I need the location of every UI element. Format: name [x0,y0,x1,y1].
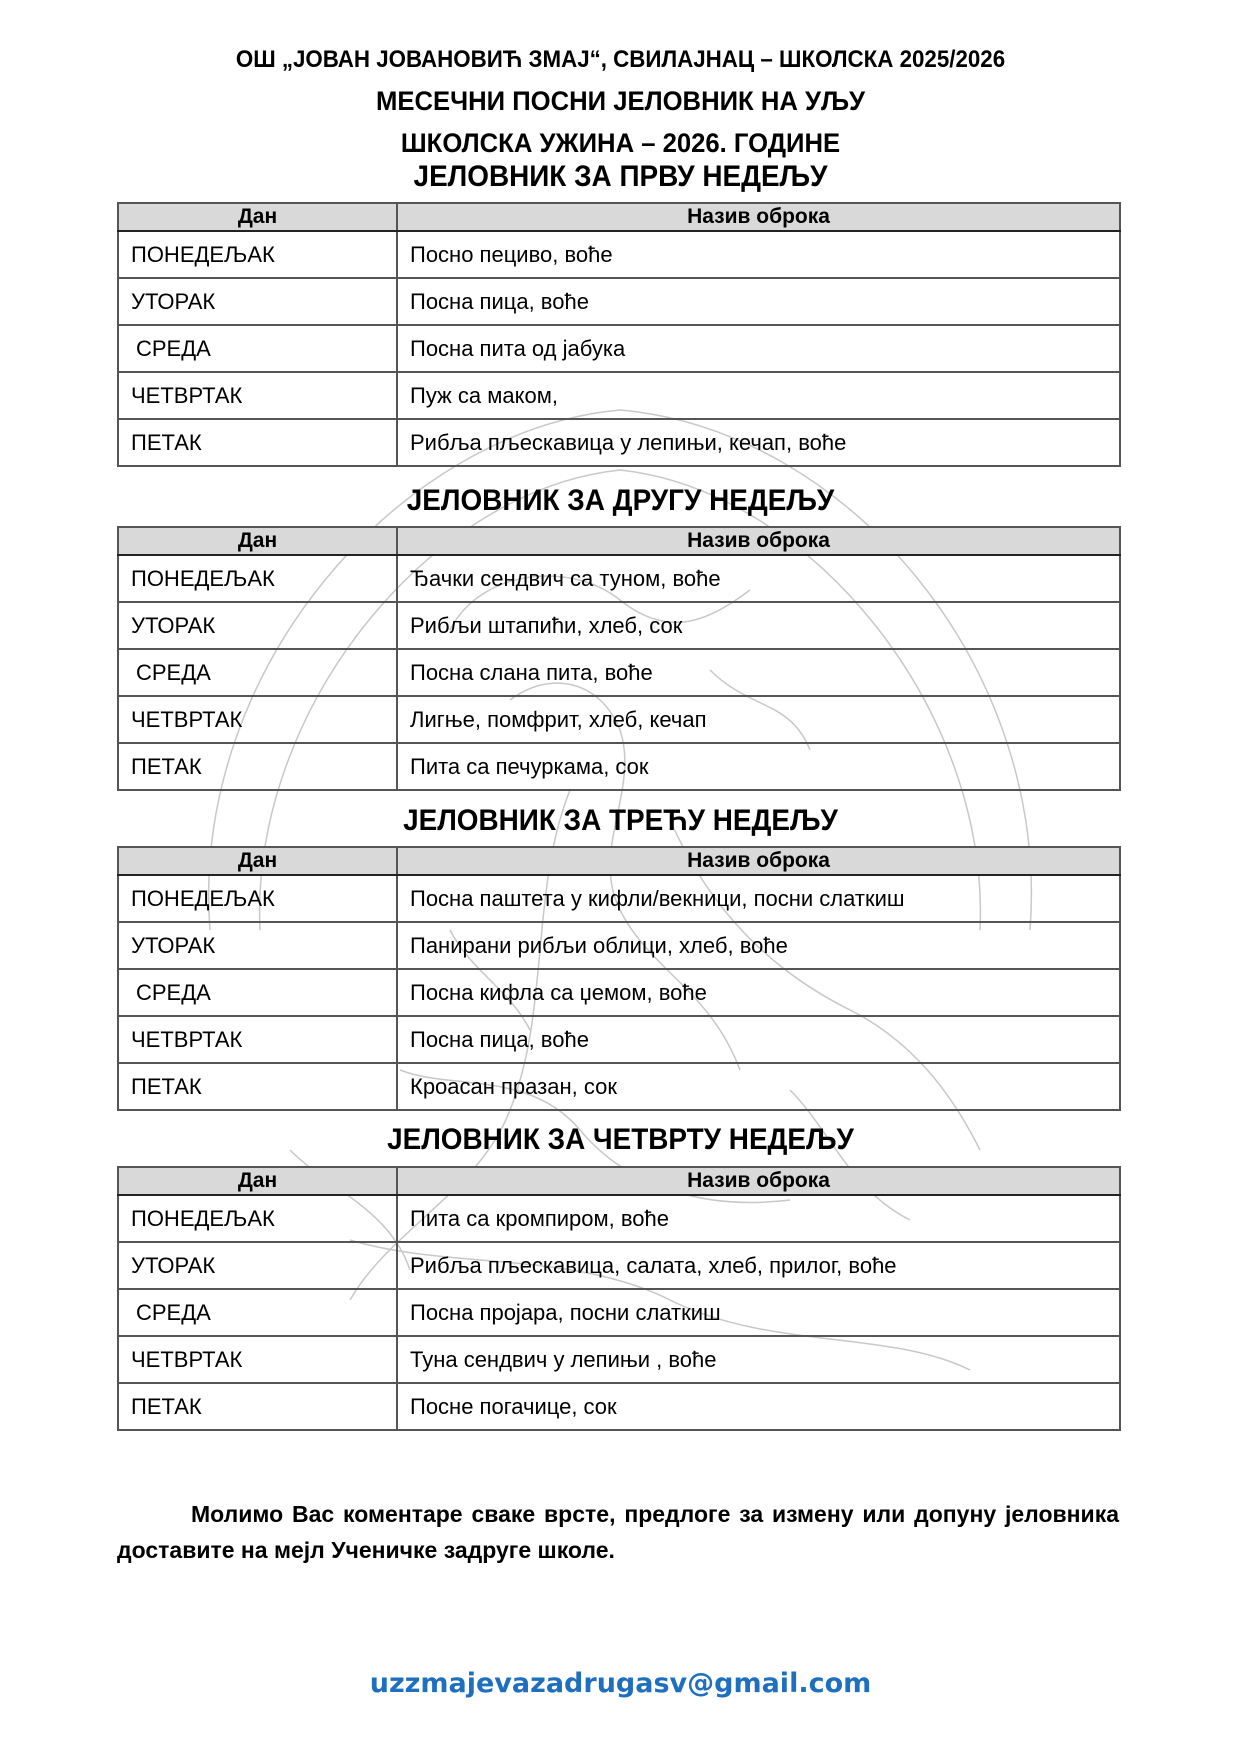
meal-cell: Посно пециво, воће [397,231,1120,278]
week-heading: ЈЕЛОВНИК ЗА ДРУГУ НЕДЕЉУ [43,484,1197,518]
day-cell: ПОНЕДЕЉАК [118,231,397,278]
meal-cell: Туна сендвич у лепињи , воће [397,1336,1120,1383]
table-row: ЧЕТВРТАКТуна сендвич у лепињи , воће [118,1336,1120,1383]
column-header-day: Дан [118,1167,397,1195]
table-header-row: ДанНазив оброка [118,527,1120,555]
table-row: ПЕТАКПосне погачице, сок [118,1383,1120,1430]
table-row: ЧЕТВРТАКЛигње, помфрит, хлеб, кечап [118,696,1120,743]
table-row: ПЕТАКРибља пљескавица у лепињи, кечап, в… [118,419,1120,466]
day-cell: ПЕТАК [118,419,397,466]
column-header-meal: Назив оброка [397,527,1120,555]
table-row: УТОРАКРибља пљескавица, салата, хлеб, пр… [118,1242,1120,1289]
day-cell: УТОРАК [118,602,397,649]
document-title: МЕСЕЧНИ ПОСНИ ЈЕЛОВНИК НА УЉУ [31,86,1210,117]
week-menu-table: ДанНазив оброкаПОНЕДЕЉАКПита са кромпиро… [117,1166,1121,1431]
meal-cell: Посна пита од јабука [397,325,1120,372]
day-cell: УТОРАК [118,278,397,325]
meal-cell: Посна пројара, посни слаткиш [397,1289,1120,1336]
table-row: ПОНЕДЕЉАКЂачки сендвич са туном, воће [118,555,1120,602]
school-name-line: ОШ „ЈОВАН ЈОВАНОВИЋ ЗМАЈ“, СВИЛАЈНАЦ – Ш… [43,46,1197,74]
column-header-meal: Назив оброка [397,847,1120,875]
meal-cell: Рибља пљескавица, салата, хлеб, прилог, … [397,1242,1120,1289]
day-cell: ЧЕТВРТАК [118,1016,397,1063]
meal-cell: Пита са кромпиром, воће [397,1195,1120,1242]
meal-cell: Посна пица, воће [397,1016,1120,1063]
meal-cell: Посна слана пита, воће [397,649,1120,696]
day-cell: УТОРАК [118,1242,397,1289]
meal-cell: Лигње, помфрит, хлеб, кечап [397,696,1120,743]
table-row: СРЕДАПосна пројара, посни слаткиш [118,1289,1120,1336]
column-header-day: Дан [118,527,397,555]
table-row: ПЕТАККроасан празан, сок [118,1063,1120,1110]
day-cell: СРЕДА [118,325,397,372]
document-subtitle: ШКОЛСКА УЖИНА – 2026. ГОДИНЕ [31,128,1210,159]
meal-cell: Посна пица, воће [397,278,1120,325]
week-menu-table: ДанНазив оброкаПОНЕДЕЉАКПосна паштета у … [117,846,1121,1111]
meal-cell: Посна паштета у кифли/векници, посни сла… [397,875,1120,922]
column-header-meal: Назив оброка [397,1167,1120,1195]
column-header-day: Дан [118,203,397,231]
day-cell: ЧЕТВРТАК [118,372,397,419]
day-cell: УТОРАК [118,922,397,969]
meal-cell: Пуж са маком, [397,372,1120,419]
table-header-row: ДанНазив оброка [118,1167,1120,1195]
table-row: СРЕДАПосна пита од јабука [118,325,1120,372]
day-cell: ПОНЕДЕЉАК [118,875,397,922]
day-cell: ПЕТАК [118,1383,397,1430]
day-cell: СРЕДА [118,1289,397,1336]
table-row: УТОРАКРибљи штапићи, хлеб, сок [118,602,1120,649]
column-header-meal: Назив оброка [397,203,1120,231]
day-cell: СРЕДА [118,969,397,1016]
day-cell: ПЕТАК [118,743,397,790]
day-cell: ПЕТАК [118,1063,397,1110]
table-row: СРЕДАПосна слана пита, воће [118,649,1120,696]
column-header-day: Дан [118,847,397,875]
table-row: СРЕДАПосна кифла са џемом, воће [118,969,1120,1016]
table-row: УТОРАКПосна пица, воће [118,278,1120,325]
meal-cell: Панирани рибљи облици, хлеб, воће [397,922,1120,969]
meal-cell: Рибља пљескавица у лепињи, кечап, воће [397,419,1120,466]
table-row: ПОНЕДЕЉАКПита са кромпиром, воће [118,1195,1120,1242]
contact-email-link[interactable]: uzzmajevazadrugasv@gmail.com [0,1668,1241,1699]
table-row: ЧЕТВРТАКПосна пица, воће [118,1016,1120,1063]
meal-cell: Пита са печуркама, сок [397,743,1120,790]
table-header-row: ДанНазив оброка [118,203,1120,231]
table-row: ПЕТАКПита са печуркама, сок [118,743,1120,790]
week-heading: ЈЕЛОВНИК ЗА ПРВУ НЕДЕЉУ [43,160,1197,194]
week-menu-table: ДанНазив оброкаПОНЕДЕЉАКПосно пециво, во… [117,202,1121,467]
day-cell: ПОНЕДЕЉАК [118,555,397,602]
day-cell: СРЕДА [118,649,397,696]
meal-cell: Посна кифла са џемом, воће [397,969,1120,1016]
week-heading: ЈЕЛОВНИК ЗА ТРЕЋУ НЕДЕЉУ [43,804,1197,838]
table-row: ЧЕТВРТАКПуж са маком, [118,372,1120,419]
table-row: УТОРАКПанирани рибљи облици, хлеб, воће [118,922,1120,969]
feedback-note: Молимо Вас коментаре сваке врсте, предло… [117,1496,1119,1568]
meal-cell: Кроасан празан, сок [397,1063,1120,1110]
day-cell: ПОНЕДЕЉАК [118,1195,397,1242]
week-menu-table: ДанНазив оброкаПОНЕДЕЉАКЂачки сендвич са… [117,526,1121,791]
table-header-row: ДанНазив оброка [118,847,1120,875]
day-cell: ЧЕТВРТАК [118,696,397,743]
table-row: ПОНЕДЕЉАКПосна паштета у кифли/векници, … [118,875,1120,922]
day-cell: ЧЕТВРТАК [118,1336,397,1383]
meal-cell: Посне погачице, сок [397,1383,1120,1430]
table-row: ПОНЕДЕЉАКПосно пециво, воће [118,231,1120,278]
meal-cell: Рибљи штапићи, хлеб, сок [397,602,1120,649]
week-heading: ЈЕЛОВНИК ЗА ЧЕТВРТУ НЕДЕЉУ [43,1123,1197,1157]
meal-cell: Ђачки сендвич са туном, воће [397,555,1120,602]
